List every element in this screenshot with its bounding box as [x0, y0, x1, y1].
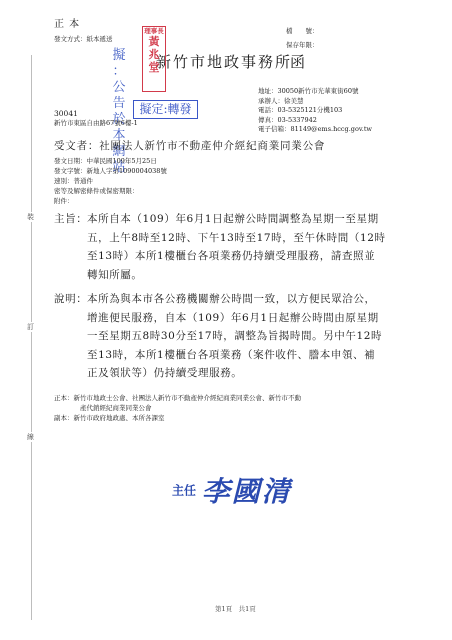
explanation-line: 本所為與本市各公務機關辦公時間一致，以方便民眾洽公， [87, 290, 382, 309]
explanation-line: 增進便民服務，自本（109）年6月1日起辦公時間由原星期 [87, 309, 382, 328]
handler: 承辦人：徐美慧 [258, 97, 372, 107]
explanation-body: 本所為與本市各公務機關辦公時間一致，以方便民眾洽公， 增進便民服務，自本（109… [87, 290, 382, 383]
note-char: 告 [112, 96, 126, 112]
recipient-postcode: 30041 [54, 109, 78, 119]
subject-line: 五，上午8時至12時、下午13時至17時，至午休時間（12時 [87, 229, 386, 248]
explanation-line: 正及領狀等）仍持續受理服務。 [87, 364, 382, 383]
meta-block: 發文日期：中華民國109年5月25日 發文字號：新地人字第1090004038號… [54, 156, 167, 206]
recipient: 受文者：社團法人新竹市不動產仲介經紀商業同業公會 [54, 138, 325, 153]
subject-label: 主旨： [54, 210, 87, 229]
subject-body: 本所自本（109）年6月1日起辦公時間調整為星期一至星期 五，上午8時至12時、… [87, 210, 386, 284]
explanation-line: 至13時，本所1樓櫃台各項業務（案件收件、謄本申領、補 [87, 346, 382, 365]
copy-label: 副本： [54, 414, 74, 422]
distribution-block: 正本：新竹市地政士公會、社團法人新竹市不動產仲介經紀商業同業公會、新竹市不動 產… [54, 393, 301, 423]
copy-type: 正 本 [54, 15, 80, 30]
subject-line: 本所自本（109）年6月1日起辦公時間調整為星期一至星期 [87, 210, 386, 229]
subject-line: 至13時）本所1樓櫃台各項業務仍持續受理服務，請查照並 [87, 247, 386, 266]
signature-title: 主任 [172, 484, 196, 498]
note-char: ： [112, 64, 126, 80]
original-label: 正本： [54, 394, 74, 402]
doc-number: 發文字號：新地人字第1090004038號 [54, 166, 167, 176]
attachment: 附件： [54, 196, 167, 206]
issue-date: 發文日期：中華民國109年5月25日 [54, 156, 167, 166]
phone: 電話：03-5325121分機103 [258, 106, 372, 116]
note-char: 擬 [112, 48, 126, 64]
contact-block: 地址：30050新竹市光華東街60號 承辦人：徐美慧 電話：03-5325121… [258, 87, 372, 135]
chairman-stamp-title: 理事長 [143, 27, 165, 35]
binding-mark-ding: 訂 [27, 322, 34, 332]
agency-title: 新竹市地政事務所 [156, 51, 292, 72]
chairman-stamp-name: 黃兆堂 [148, 35, 160, 74]
delivery-method: 發文方式：紙本遞送 [54, 35, 113, 44]
secrecy: 密等及解密條件或保密期限： [54, 186, 167, 196]
chairman-stamp: 理事長 黃兆堂 [142, 26, 166, 92]
fax: 傳真：03-5337942 [258, 116, 372, 126]
copy-recipients: 新竹市政府地政處、本所各課室 [74, 414, 165, 422]
agency-address: 地址：30050新竹市光華東街60號 [258, 87, 372, 97]
binding-mark-zhuang: 裝 [27, 212, 34, 222]
email: 電子信箱：81149@ems.hccg.gov.tw [258, 125, 372, 135]
file-number-label: 檔 號： [286, 27, 319, 36]
signature-name: 李國清 [202, 475, 292, 508]
binding-line [31, 55, 32, 620]
explanation-label: 說明： [54, 290, 87, 309]
subject-line: 轉知所屬。 [87, 266, 386, 285]
doc-type: 函 [290, 51, 305, 72]
recipient-address: 新竹市東區自由路67號6樓-1 [54, 119, 138, 128]
explanation-line: 一至星期五8時30分至17時，調整為旨揭時間。另中午12時 [87, 327, 382, 346]
page-info: 第1頁 共1頁 [215, 605, 256, 614]
original-recipients-cont: 產代銷經紀商業同業公會 [54, 403, 301, 413]
original-recipients: 新竹市地政士公會、社團法人新竹市不動產仲介經紀商業同業公會、新竹市不動 [74, 394, 302, 402]
director-signature: 主任 李國清 [172, 470, 292, 510]
retention-label: 保存年限： [286, 41, 319, 50]
forward-stamp: 擬定:轉發 [133, 100, 198, 119]
speed: 速別：普通件 [54, 176, 167, 186]
note-char: 公 [112, 80, 126, 96]
binding-mark-xian: 線 [27, 432, 34, 442]
